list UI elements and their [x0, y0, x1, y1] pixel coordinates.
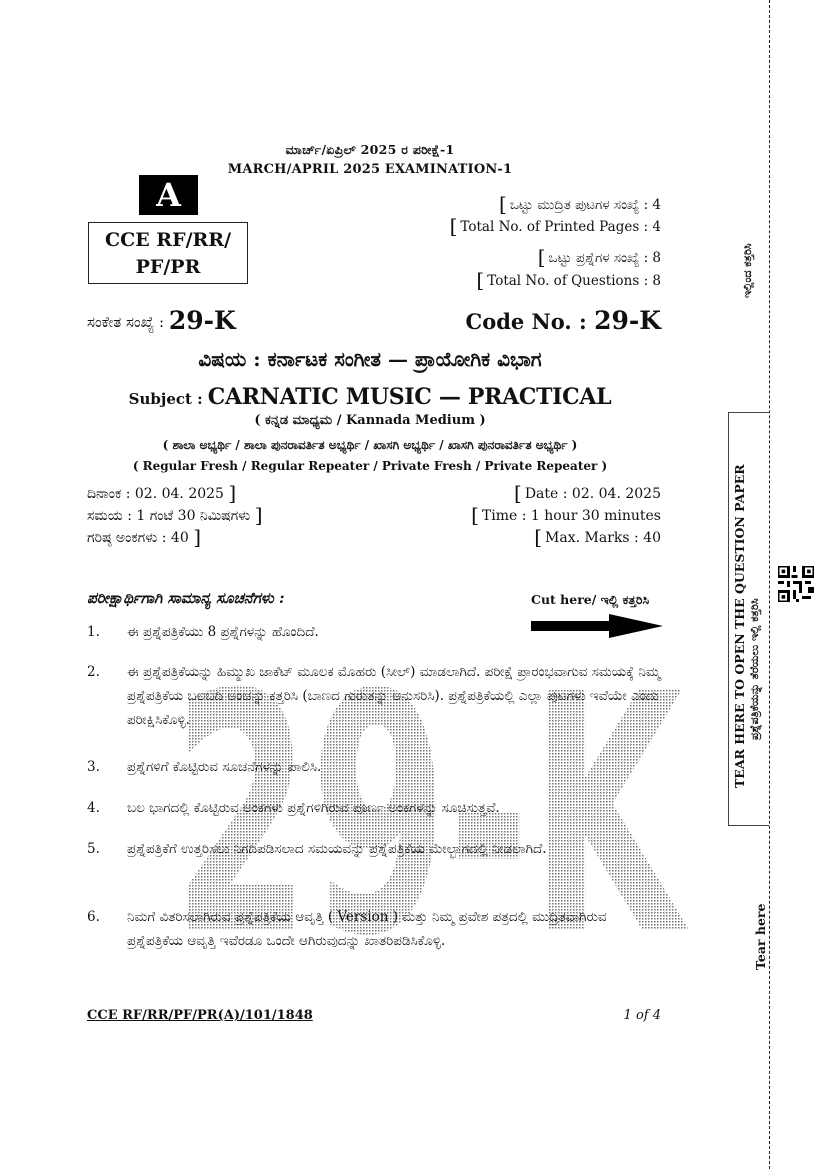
subject-kannada: ವಿಷಯ : ಕರ್ನಾಟಕ ಸಂಗೀತ — ಪ್ರಾಯೋಗಿಕ ವಿಭಾಗ [0, 347, 740, 371]
subject-english: Subject : CARNATIC MUSIC — PRACTICAL [0, 384, 740, 410]
total-questions-english: [Total No. of Questions : 8 [476, 268, 661, 292]
cut-here-label: Cut here/ ಇಲ್ಲಿ ಕತ್ತರಿಸಿ [531, 592, 649, 608]
subject-label: Subject : [129, 390, 203, 408]
code-value: 29-K [169, 306, 236, 335]
instruction-item: 3. ಪ್ರಶ್ನೆಗಳಿಗೆ ಕೊಟ್ಟಿರುವ ಸೂಚನೆಗಳನ್ನು ಪಾ… [87, 755, 662, 779]
code-value: 29-K [594, 306, 661, 335]
printed-pages-kannada: [ಒಟ್ಟು ಮುದ್ರಿತ ಪುಟಗಳ ಸಂಖ್ಯೆ : 4 [499, 192, 661, 216]
code-label-english: Code No. : [465, 309, 586, 334]
exam-title-english: MARCH/APRIL 2025 EXAMINATION-1 [0, 162, 740, 177]
max-marks-english: [Max. Marks : 40 [534, 525, 661, 549]
time-english: [Time : 1 hour 30 minutes [471, 503, 661, 527]
date-kannada: ದಿನಾಂಕ : 02. 04. 2025 ] [87, 481, 239, 505]
cce-box-line-2: PF/PR [89, 254, 247, 281]
instruction-item: 4. ಬಲ ಭಾಗದಲ್ಲಿ ಕೊಟ್ಟಿರುವ ಅಂಕಗಳು ಪ್ರಶ್ನೆಗ… [87, 796, 662, 820]
cce-scheme-box: CCE RF/RR/ PF/PR [88, 222, 248, 284]
cut-here-kannada-vertical: ಇಲ್ಲಿಂದ ಕತ್ತರಿಸಿ [741, 243, 755, 298]
version-badge: A [139, 175, 198, 215]
tear-here-instruction-english: TEAR HERE TO OPEN THE QUESTION PAPER [732, 464, 747, 788]
tear-line [769, 0, 770, 1169]
total-questions-kannada: [ಒಟ್ಟು ಪ್ರಶ್ನೆಗಳ ಸಂಖ್ಯೆ : 8 [538, 245, 661, 269]
candidate-types-kannada: ( ಶಾಲಾ ಅಭ್ಯರ್ಥಿ / ಶಾಲಾ ಪುನರಾವರ್ತಿತ ಅಭ್ಯರ… [0, 438, 740, 453]
code-label-kannada: ಸಂಕೇತ ಸಂಖ್ಯೆ : [87, 313, 164, 331]
instruction-item: 6. ನಿಮಗೆ ವಿತರಿಸಲಾಗಿರುವ ಪ್ರಶ್ನೆಪತ್ರಿಕೆಯ ಆ… [87, 905, 662, 953]
instruction-item: 2. ಈ ಪ್ರಶ್ನೆಪತ್ರಿಕೆಯನ್ನು ಹಿಮ್ಮುಖ ಜಾಕೆಟ್ … [87, 660, 662, 732]
qr-code-icon [778, 566, 814, 602]
instructions-title: ಪರೀಕ್ಷಾರ್ಥಿಗಾಗಿ ಸಾಮಾನ್ಯ ಸೂಚನೆಗಳು : [87, 589, 285, 607]
code-number-kannada: ಸಂಕೇತ ಸಂಖ್ಯೆ : 29-K [87, 306, 236, 335]
instruction-item: 1. ಈ ಪ್ರಶ್ನೆಪತ್ರಿಕೆಯು 8 ಪ್ರಶ್ನೆಗಳನ್ನು ಹೊ… [87, 620, 662, 644]
code-number-english: Code No. : 29-K [465, 306, 661, 335]
tear-here-label: Tear here [753, 904, 768, 970]
time-kannada: ಸಮಯ : 1 ಗಂಟೆ 30 ನಿಮಿಷಗಳು ] [87, 503, 266, 527]
candidate-types-english: ( Regular Fresh / Regular Repeater / Pri… [0, 459, 740, 473]
max-marks-kannada: ಗರಿಷ್ಠ ಅಂಕಗಳು : 40 ] [87, 525, 204, 549]
printed-pages-english: [Total No. of Printed Pages : 4 [450, 214, 661, 238]
instruction-item: 5. ಪ್ರಶ್ನೆಪತ್ರಿಕೆಗೆ ಉತ್ತರಿಸಲು ನಿಗದಿಪಡಿಸಲ… [87, 837, 662, 861]
page-number: 1 of 4 [624, 1008, 661, 1023]
tear-here-instruction-kannada: ಪ್ರಶ್ನೆಪತ್ರಿಕೆಯನ್ನು ತೆರೆಯಲು ಇಲ್ಲಿ ಕತ್ತರಿ… [748, 598, 762, 740]
date-english: [Date : 02. 04. 2025 [514, 481, 661, 505]
paper-code-footer: CCE RF/RR/PF/PR(A)/101/1848 [87, 1008, 313, 1023]
exam-title-kannada: ಮಾರ್ಚ್/ಏಪ್ರಿಲ್ 2025 ರ ಪರೀಕ್ಷೆ-1 [0, 142, 740, 158]
medium: ( ಕನ್ನಡ ಮಾಧ್ಯಮ / Kannada Medium ) [0, 413, 740, 428]
cce-box-line-1: CCE RF/RR/ [89, 227, 247, 254]
subject-value: CARNATIC MUSIC — PRACTICAL [208, 384, 612, 410]
